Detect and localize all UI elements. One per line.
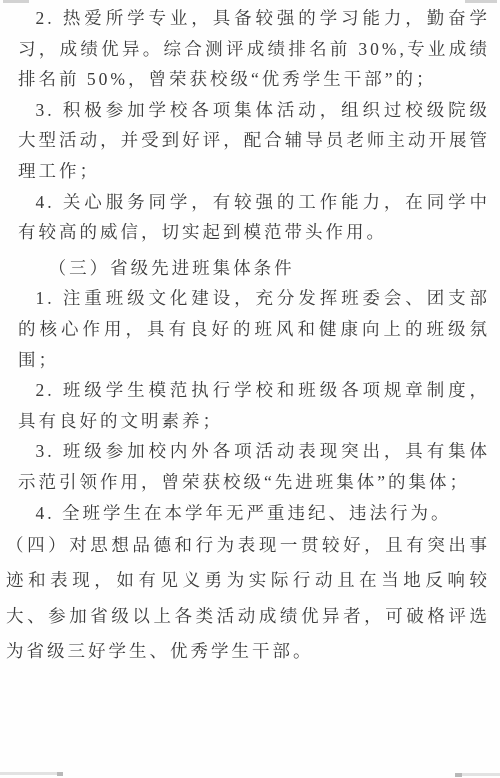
paragraph-item-2b: 2. 班级学生模范执行学校和班级各项规章制度，具有良好的文明素养； <box>18 375 490 436</box>
paragraph-item-4: 4. 关心服务同学，有较强的工作能力，在同学中有较高的威信，切实起到模范带头作用… <box>18 187 490 248</box>
page-edge-artifact-bottom-right-cap <box>455 773 462 777</box>
page-edge-artifact-bottom-left-cap <box>57 772 63 776</box>
document-content: 2. 热爱所学专业，具备较强的学习能力，勤奋学习，成绩优异。综合测评成绩排名前 … <box>18 3 490 669</box>
paragraph-item-2: 2. 热爱所学专业，具备较强的学习能力，勤奋学习，成绩优异。综合测评成绩排名前 … <box>18 3 490 95</box>
section-heading-three: （三）省级先进班集体条件 <box>18 253 490 284</box>
paragraph-item-1b: 1. 注重班级文化建设，充分发挥班委会、团支部的核心作用，具有良好的班风和健康向… <box>18 283 490 375</box>
paragraph-item-3b: 3. 班级参加校内外各项活动表现突出，具有集体示范引领作用，曾荣获校级“先进班集… <box>18 436 490 497</box>
page-edge-artifact-bottom-right-line <box>462 773 500 776</box>
paragraph-item-3: 3. 积极参加学校各项集体活动，组织过校级院级大型活动，并受到好评，配合辅导员老… <box>18 95 490 187</box>
page-edge-artifact-bottom-left-line <box>0 772 57 775</box>
paragraph-section-four: （四）对思想品德和行为表现一贯较好，且有突出事迹和表现，如有见义勇为实际行动且在… <box>6 528 490 669</box>
document-page: 2. 热爱所学专业，具备较强的学习能力，勤奋学习，成绩优异。综合测评成绩排名前 … <box>0 0 500 778</box>
paragraph-item-4b: 4. 全班学生在本学年无严重违纪、违法行为。 <box>18 498 490 529</box>
